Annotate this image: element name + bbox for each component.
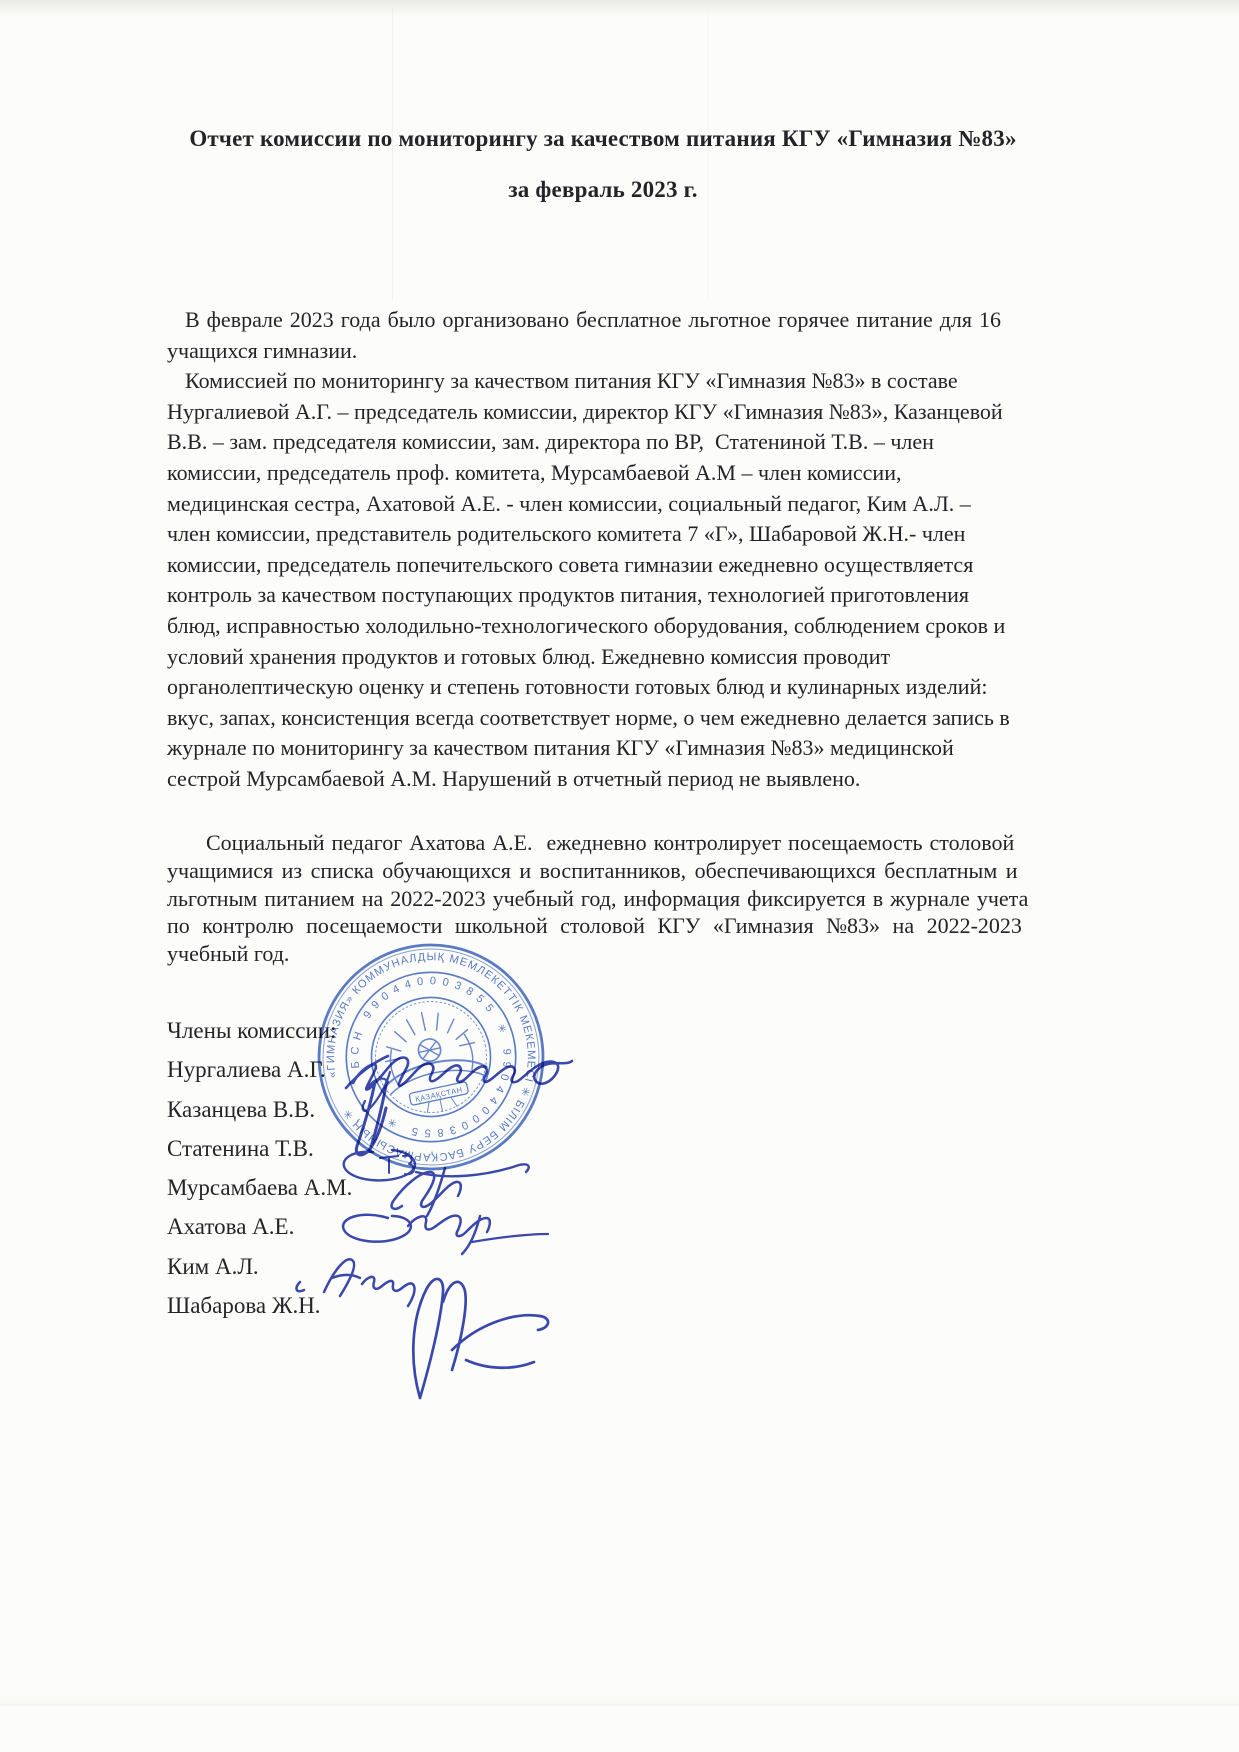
signature-nurgalieva [346, 1056, 572, 1111]
document-body-paragraph3: Социальный педагог Ахатова А.Е. ежедневн… [167, 829, 1043, 968]
body-line: медицинская сестра, Ахатовой А.Е. - член… [167, 489, 1043, 520]
body-line: условий хранения продуктов и готовых блю… [167, 642, 1043, 673]
document-title-line2: за февраль 2023 г. [167, 177, 1039, 203]
body-line: В.В. – зам. председателя комиссии, зам. … [167, 427, 1043, 458]
signature-akhatova [343, 1215, 548, 1254]
body-line: В феврале 2023 года было организовано бе… [167, 305, 1043, 336]
body-line: журнале по мониторингу за качеством пита… [167, 733, 1043, 764]
body-line: контроль за качеством поступающих продук… [167, 580, 1043, 611]
body-line: блюд, исправностью холодильно-технологич… [167, 611, 1043, 642]
body-line: Комиссией по мониторингу за качеством пи… [167, 366, 1043, 397]
body-line: Социальный педагог Ахатова А.Е. ежедневн… [167, 829, 1043, 857]
signature-shabarova [413, 1279, 548, 1398]
signatures-overlay [240, 1020, 660, 1420]
body-line: учащимися из списка обучающихся и воспит… [167, 857, 1043, 885]
signature-kim [297, 1259, 415, 1306]
body-line: член комиссии, представитель родительско… [167, 519, 1043, 550]
scanned-document-page: { "document": { "title": { "line1": "Отч… [0, 0, 1239, 1752]
document-title-line1: Отчет комиссии по мониторингу за качеств… [167, 126, 1039, 152]
document-body: В феврале 2023 года было организовано бе… [167, 305, 1043, 795]
body-line: учащихся гимназии. [167, 336, 1043, 367]
body-line: учебный год. [167, 940, 1043, 968]
signature-statenina [344, 1150, 529, 1180]
scan-artifact-top-shade [0, 0, 1239, 20]
body-line: льготным питанием на 2022-2023 учебный г… [167, 885, 1043, 913]
body-line: сестрой Мурсамбаевой А.М. Нарушений в от… [167, 764, 1043, 795]
body-line: Нургалиевой А.Г. – председатель комиссии… [167, 397, 1043, 428]
scan-artifact-bottom-shade [0, 1696, 1239, 1706]
body-line: органолептическую оценку и степень готов… [167, 672, 1043, 703]
body-line: комиссии, председатель попечительского с… [167, 550, 1043, 581]
body-line: по контролю посещаемости школьной столов… [167, 912, 1043, 940]
body-line: вкус, запах, консистенция всегда соответ… [167, 703, 1043, 734]
body-line: комиссии, председатель проф. комитета, М… [167, 458, 1043, 489]
